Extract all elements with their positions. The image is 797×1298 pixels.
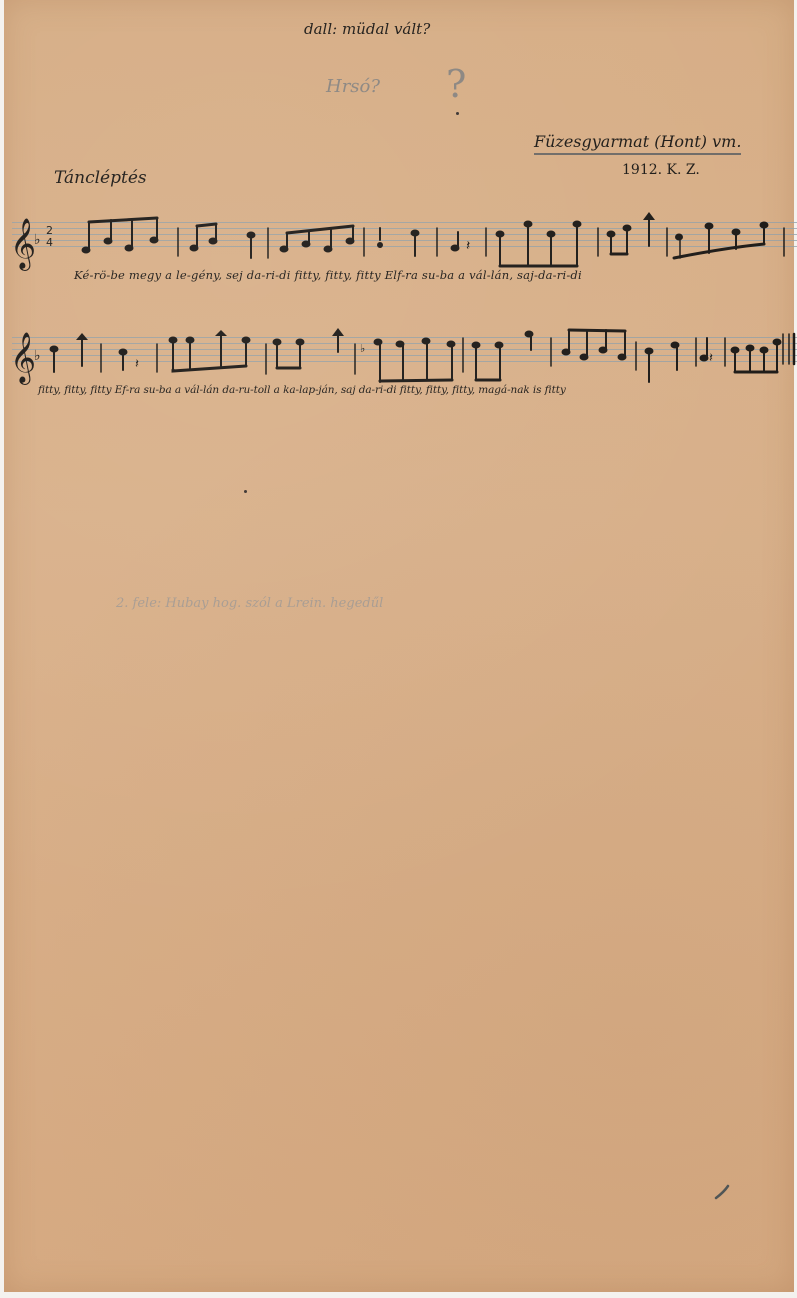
pencil-note: Hrsó? xyxy=(326,76,380,97)
svg-text:𝄽: 𝄽 xyxy=(709,351,713,366)
collection-date: 1912. K. Z. xyxy=(622,162,700,178)
staff-1-lyrics: Ké-rö-be megy a le-gény, sej da-ri-di fi… xyxy=(74,268,582,282)
svg-text:♭: ♭ xyxy=(360,342,365,355)
staff-1-notation: 𝄞 ♭ 2 4 𝄽 xyxy=(4,0,797,300)
ink-speck xyxy=(456,112,459,115)
svg-text:♭: ♭ xyxy=(34,232,41,248)
ink-speck xyxy=(244,490,247,493)
manuscript-page: dall: müdal vált? Hrsó? ? Füzesgyarmat (… xyxy=(4,0,794,1292)
svg-text:2: 2 xyxy=(46,224,53,237)
top-note: dall: müdal vált? xyxy=(304,20,430,38)
dance-label: Táncléptés xyxy=(54,168,147,188)
svg-text:4: 4 xyxy=(46,236,53,249)
svg-text:𝄞: 𝄞 xyxy=(10,218,36,271)
music-staff-1 xyxy=(12,222,797,250)
staff-2-notation: 𝄞 ♭ 𝄽 ♭ xyxy=(4,0,797,420)
ink-stroke-mark xyxy=(4,0,797,1298)
staff-2-lyrics: fitty, fitty, fitty Ef-ra su-ba a vál-lá… xyxy=(38,384,566,396)
svg-text:𝄽: 𝄽 xyxy=(135,357,139,372)
pencil-footnote: 2. fele: Hubay hog. szól a Lrein. hegedű… xyxy=(116,596,383,611)
svg-text:♭: ♭ xyxy=(34,348,41,364)
svg-text:𝄞: 𝄞 xyxy=(10,332,36,385)
music-staff-2 xyxy=(12,337,797,365)
pencil-question-mark: ? xyxy=(446,62,466,106)
svg-text:𝄽: 𝄽 xyxy=(466,238,470,254)
place-title: Füzesgyarmat (Hont) vm. xyxy=(534,132,741,155)
